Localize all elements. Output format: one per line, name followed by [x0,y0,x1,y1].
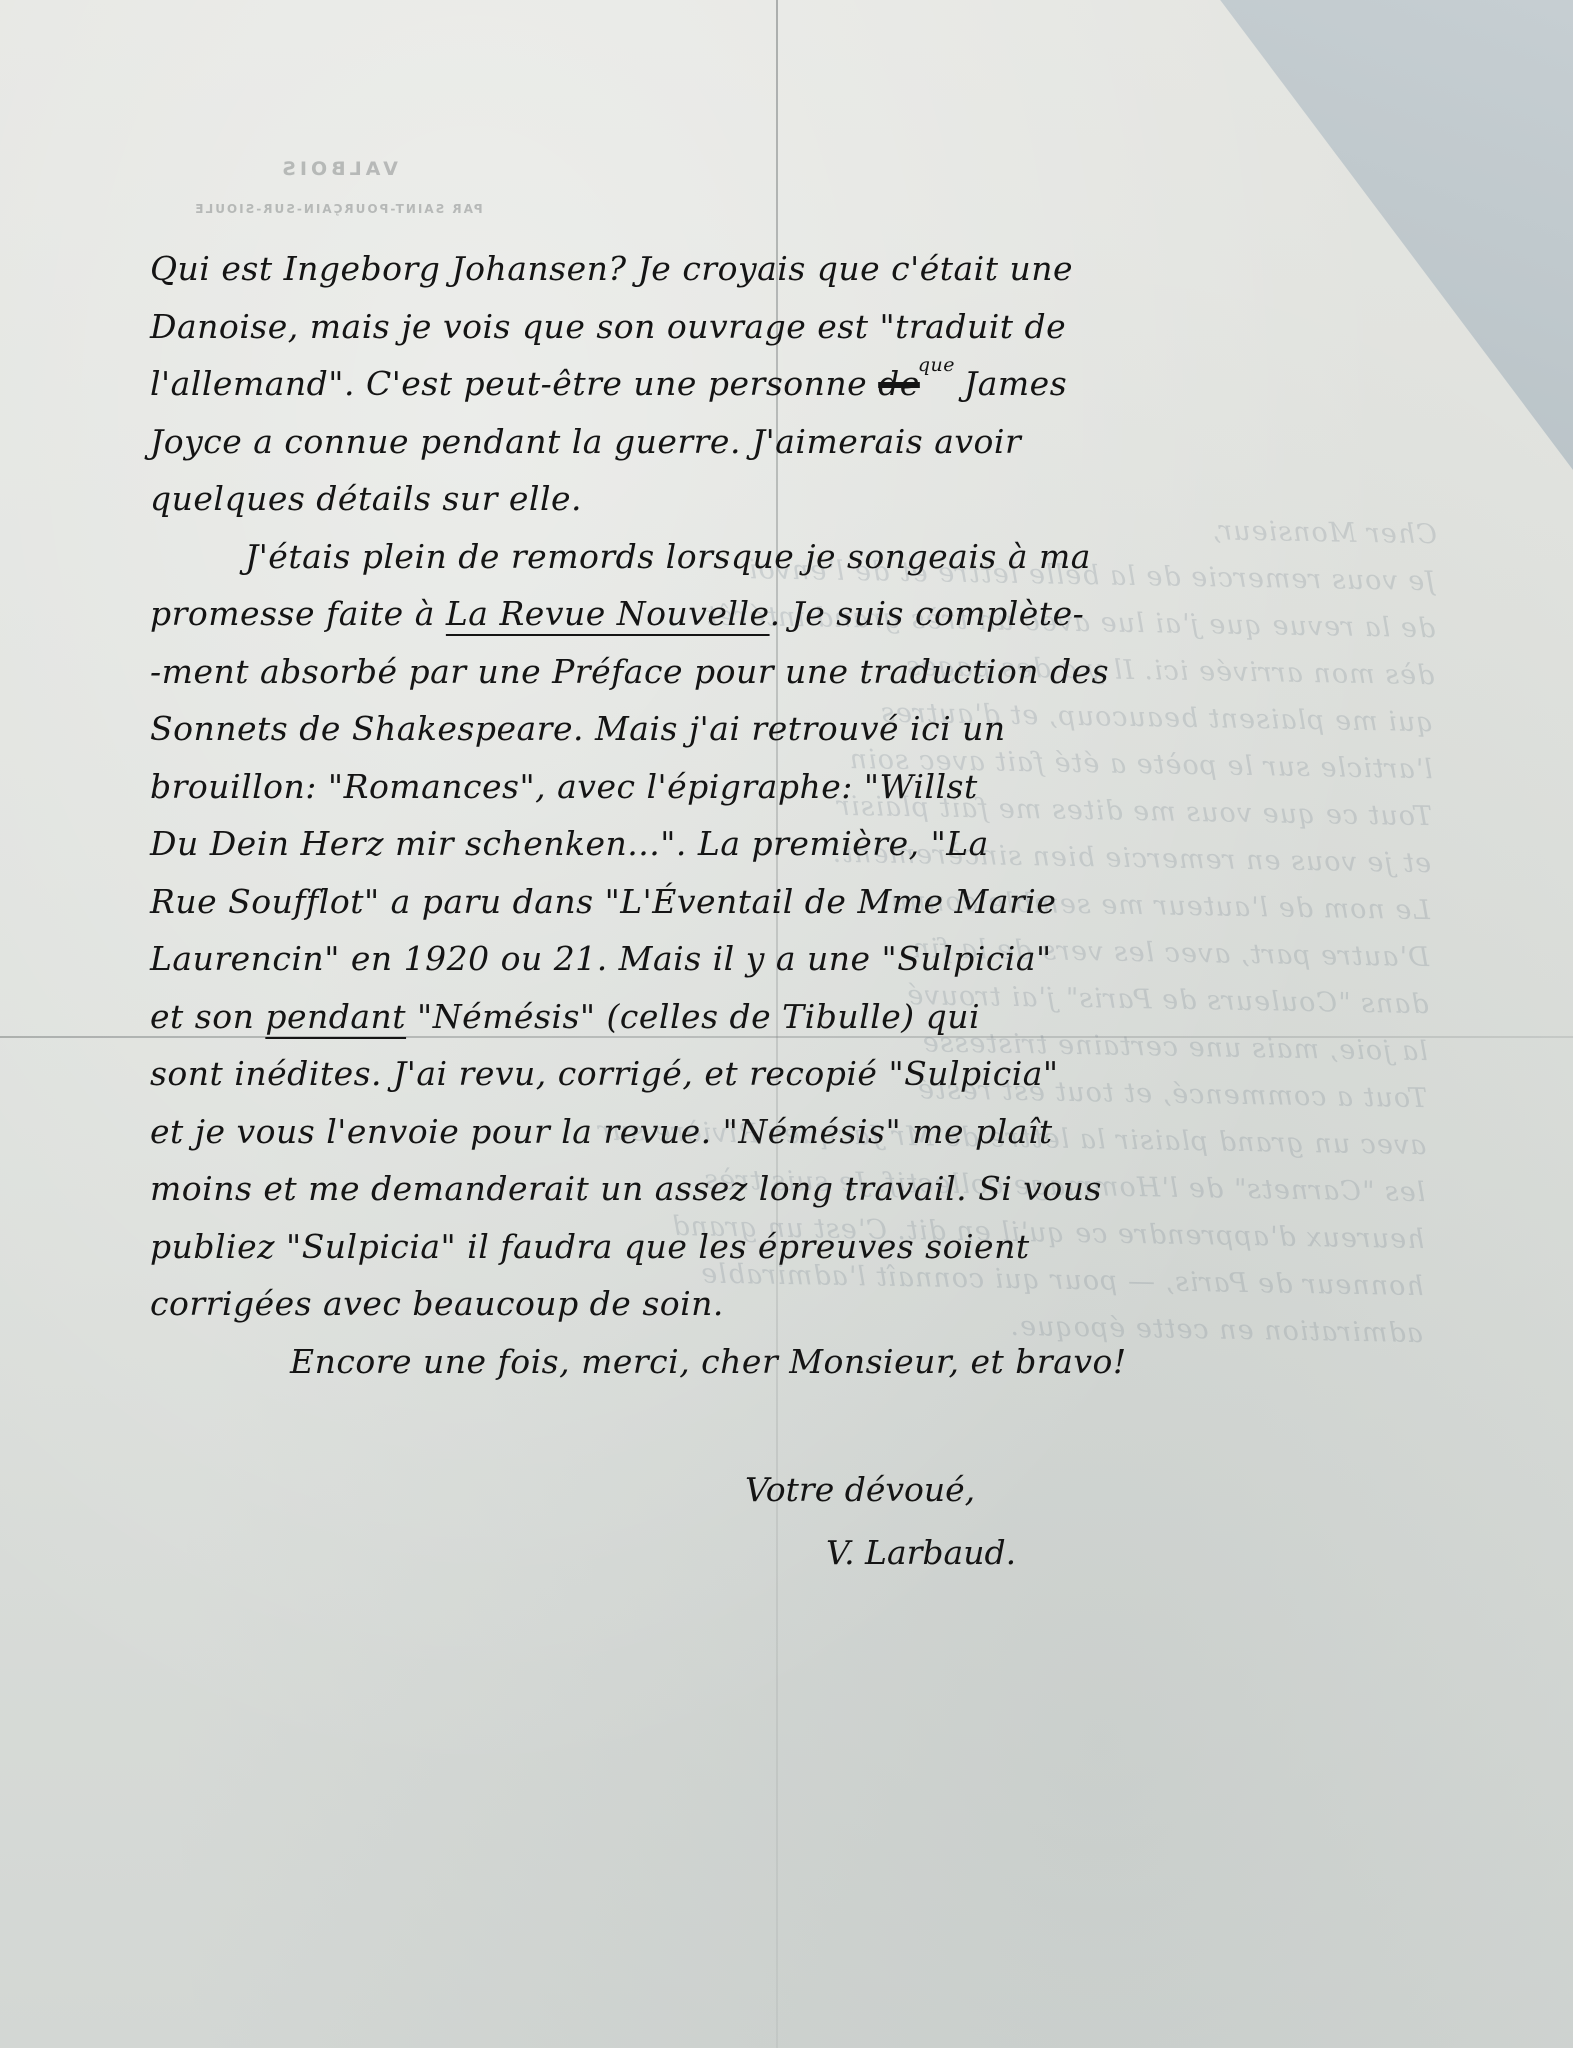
letter-line: J'étais plein de remords lorsque je song… [150,528,1450,586]
line-text: "Némésis" (celles de Tibulle) qui [406,997,980,1036]
letter-line: quelques détails sur elle. [150,470,1450,528]
letterhead-mirrored: VALBOIS PAR SAINT-POURÇAIN-SUR-SIOULE [128,158,548,216]
letter-line: -ment absorbé par une Préface pour une t… [150,643,1450,701]
letter-line: l'allemand". C'est peut-être une personn… [150,355,1450,413]
line-text: James [953,364,1067,403]
letterhead-name: VALBOIS [128,158,548,180]
letter-line: corrigées avec beaucoup de soin. [150,1275,1450,1333]
line-text: . Je suis complète- [770,594,1085,633]
letter-closing: Votre dévoué, [745,1470,975,1509]
letter-line: moins et me demanderait un assez long tr… [150,1160,1450,1218]
letter-line: Rue Soufflot" a paru dans "L'Éventail de… [150,873,1450,931]
letter-line: Joyce a connue pendant la guerre. J'aime… [150,413,1450,471]
letter-line: Laurencin" en 1920 ou 21. Mais il y a un… [150,930,1450,988]
letter-line: Encore une fois, merci, cher Monsieur, e… [150,1333,1450,1391]
underlined-text: pendant [265,997,406,1036]
line-text: promesse faite à [150,594,446,633]
letter-line: et son pendant "Némésis" (celles de Tibu… [150,988,1450,1046]
letter-line: brouillon: "Romances", avec l'épigraphe:… [150,758,1450,816]
struck-word: de [878,364,920,403]
letter-body: Qui est Ingeborg Johansen? Je croyais qu… [150,240,1450,1390]
inserted-word: que [918,354,955,376]
letter-line: et je vous l'envoie pour la revue. "Némé… [150,1103,1450,1161]
letter-line: publiez "Sulpicia" il faudra que les épr… [150,1218,1450,1276]
letterhead-place: PAR SAINT-POURÇAIN-SUR-SIOULE [128,202,548,216]
letter-line: Danoise, mais je vois que son ouvrage es… [150,298,1450,356]
letter-signature: V. Larbaud. [826,1533,1016,1572]
letter-line: Sonnets de Shakespeare. Mais j'ai retrou… [150,700,1450,758]
letter-line: Qui est Ingeborg Johansen? Je croyais qu… [150,240,1450,298]
letter-line: sont inédites. J'ai revu, corrigé, et re… [150,1045,1450,1103]
underlined-text: La Revue Nouvelle [446,594,770,633]
letter-line: Du Dein Herz mir schenken...". La premiè… [150,815,1450,873]
line-text: l'allemand". C'est peut-être une personn… [150,364,878,403]
line-text: et son [150,997,265,1036]
letter-line: promesse faite à La Revue Nouvelle. Je s… [150,585,1450,643]
